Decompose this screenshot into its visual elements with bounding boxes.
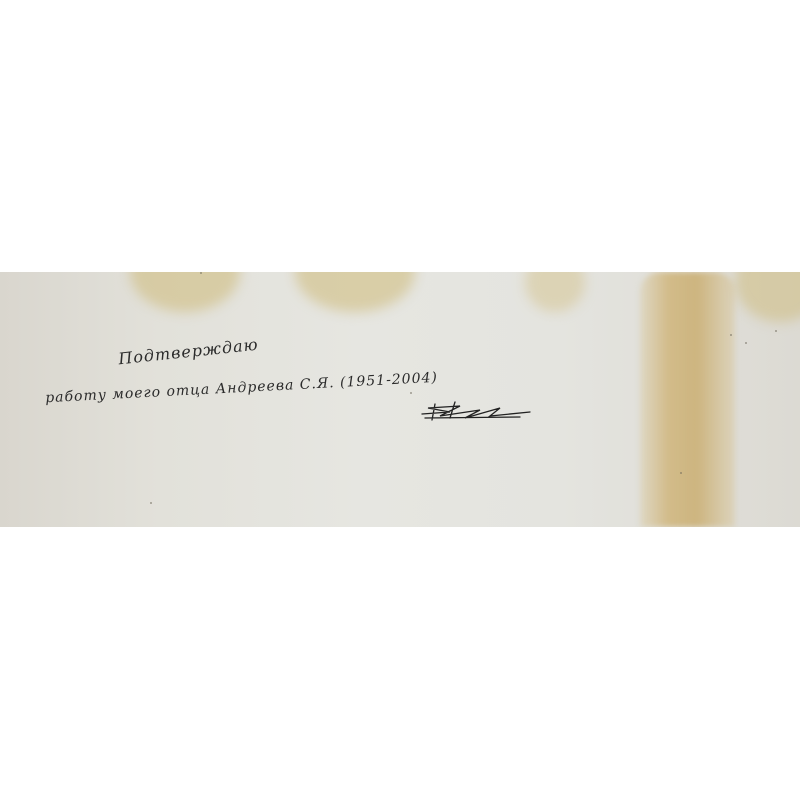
stain <box>130 272 240 312</box>
signature-scribble <box>420 398 535 422</box>
speck <box>410 392 412 394</box>
speck <box>150 502 152 504</box>
stain <box>735 272 800 322</box>
speck <box>745 342 747 344</box>
stain <box>525 272 585 312</box>
handwritten-line-1: Подтверждаю <box>117 335 259 369</box>
handwritten-line-2: работу моего отца Андреева С.Я. (1951-20… <box>45 370 438 407</box>
vertical-stain-drip <box>640 272 735 527</box>
paper-photo: Подтверждаю работу моего отца Андреева С… <box>0 272 800 527</box>
stain <box>295 272 415 312</box>
speck <box>200 272 202 274</box>
speck <box>680 472 682 474</box>
speck <box>730 334 732 336</box>
speck <box>775 330 777 332</box>
